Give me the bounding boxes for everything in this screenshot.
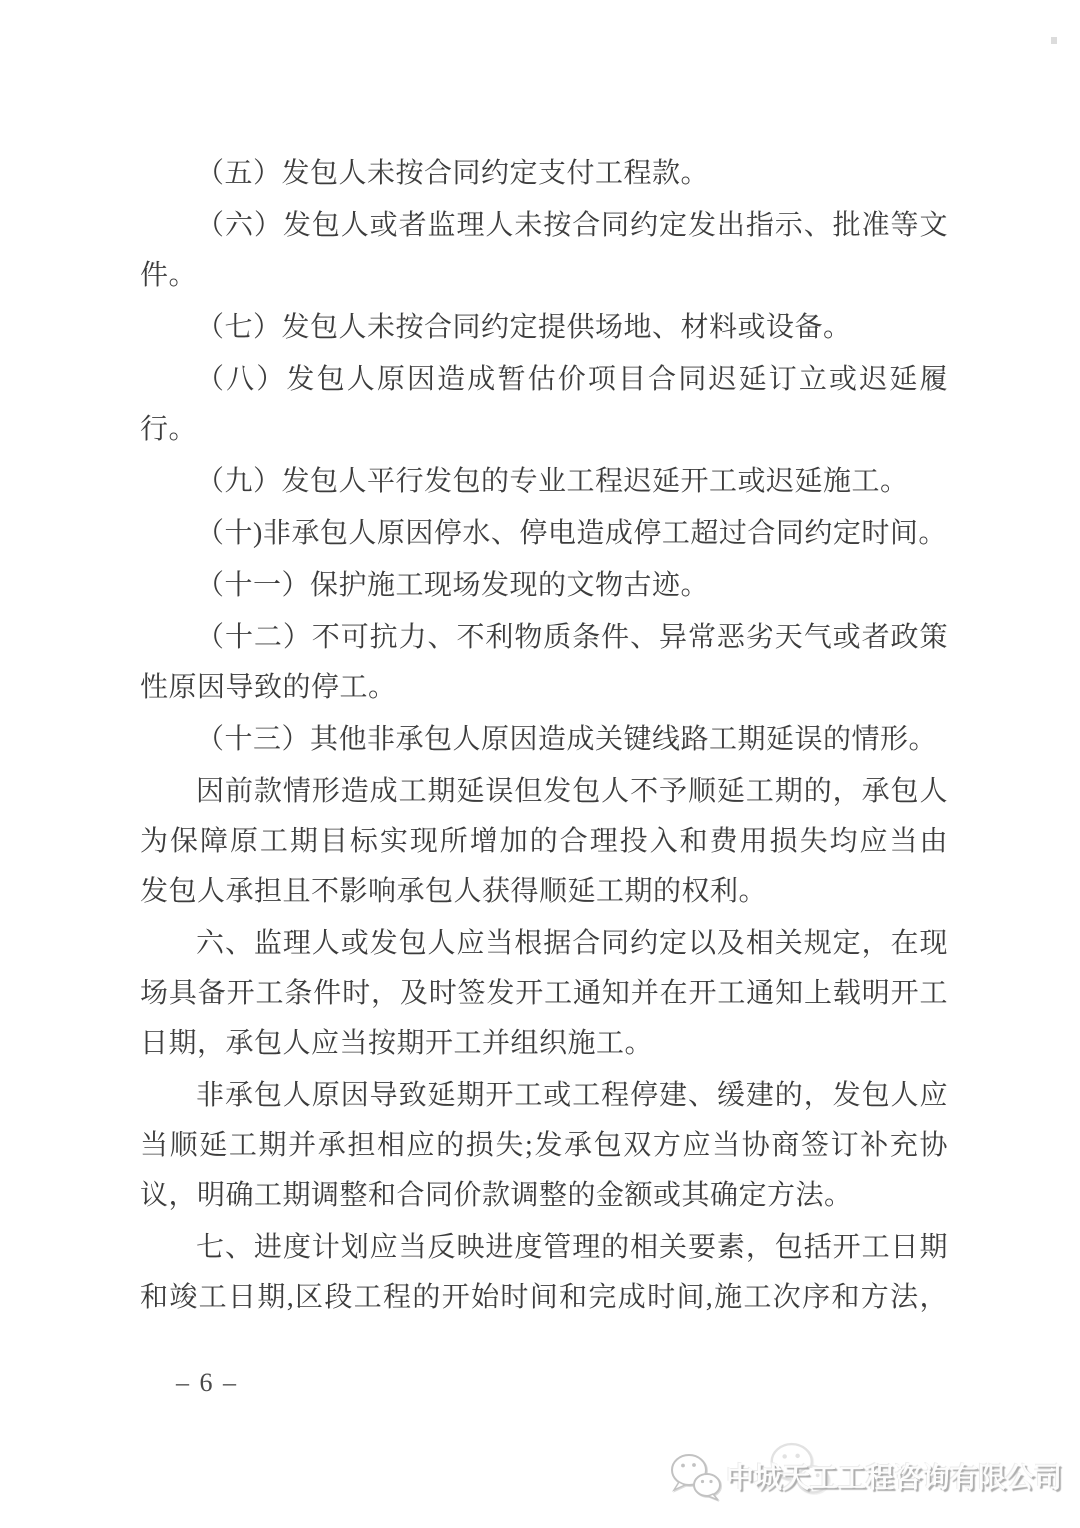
paragraph: 非承包人原因导致延期开工或工程停建、缓建的，发包人应当顺延工期并承担相应的损失;… <box>140 1071 948 1221</box>
text-line: （五）发包人未按合同约定支付工程款。 <box>140 149 948 199</box>
paragraph: （十)非承包人原因停水、停电造成停工超过合同约定时间。 <box>140 509 948 559</box>
paragraph: （五）发包人未按合同约定支付工程款。 <box>140 149 948 199</box>
text-line: （十一）保护施工现场发现的文物古迹。 <box>140 561 948 611</box>
text-line: 议，明确工期调整和合同价款调整的金额或其确定方法。 <box>140 1171 948 1221</box>
paragraph: （九）发包人平行发包的专业工程迟延开工或迟延施工。 <box>140 457 948 507</box>
company-watermark: 中城天工工程咨询有限公司 <box>658 1448 1062 1504</box>
text-line: 为保障原工期目标实现所增加的合理投入和费用损失均应当由 <box>140 817 948 867</box>
text-line: 日期，承包人应当按期开工并组织施工。 <box>140 1019 948 1069</box>
text-line: 六、监理人或发包人应当根据合同约定以及相关规定，在现 <box>140 919 948 969</box>
text-line: （七）发包人未按合同约定提供场地、材料或设备。 <box>140 303 948 353</box>
wechat-logo-icon <box>670 1453 722 1501</box>
paragraph: （十一）保护施工现场发现的文物古迹。 <box>140 561 948 611</box>
text-line: 和竣工日期,区段工程的开始时间和完成时间,施工次序和方法， <box>140 1273 948 1323</box>
text-line: （八）发包人原因造成暂估价项目合同迟延订立或迟延履 <box>140 355 948 405</box>
text-line: （九）发包人平行发包的专业工程迟延开工或迟延施工。 <box>140 457 948 507</box>
paragraph: （十三）其他非承包人原因造成关键线路工期延误的情形。 <box>140 715 948 765</box>
text-line: 性原因导致的停工。 <box>140 663 948 713</box>
text-line: 场具备开工条件时，及时签发开工通知并在开工通知上载明开工 <box>140 969 948 1019</box>
paragraph: 因前款情形造成工期延误但发包人不予顺延工期的，承包人为保障原工期目标实现所增加的… <box>140 767 948 917</box>
text-line: 发包人承担且不影响承包人获得顺延工期的权利。 <box>140 867 948 917</box>
text-line: 行。 <box>140 405 948 455</box>
paragraph: （六）发包人或者监理人未按合同约定发出指示、批准等文件。 <box>140 201 948 301</box>
text-line: 因前款情形造成工期延误但发包人不予顺延工期的，承包人 <box>140 767 948 817</box>
text-line: （十三）其他非承包人原因造成关键线路工期延误的情形。 <box>140 715 948 765</box>
document-page: （五）发包人未按合同约定支付工程款。（六）发包人或者监理人未按合同约定发出指示、… <box>0 0 1080 1528</box>
scan-artifact <box>1051 37 1057 44</box>
paragraph: （七）发包人未按合同约定提供场地、材料或设备。 <box>140 303 948 353</box>
text-line: （六）发包人或者监理人未按合同约定发出指示、批准等文 <box>140 201 948 251</box>
paragraph: 六、监理人或发包人应当根据合同约定以及相关规定，在现场具备开工条件时，及时签发开… <box>140 919 948 1069</box>
text-block: （五）发包人未按合同约定支付工程款。（六）发包人或者监理人未按合同约定发出指示、… <box>140 149 948 1323</box>
text-line: 件。 <box>140 251 948 301</box>
watermark-company-name: 中城天工工程咨询有限公司 <box>726 1456 1062 1496</box>
text-line: 七、进度计划应当反映进度管理的相关要素，包括开工日期 <box>140 1223 948 1273</box>
page-number: – 6 – <box>176 1368 238 1398</box>
paragraph: （八）发包人原因造成暂估价项目合同迟延订立或迟延履行。 <box>140 355 948 455</box>
paragraph: 七、进度计划应当反映进度管理的相关要素，包括开工日期和竣工日期,区段工程的开始时… <box>140 1223 948 1323</box>
text-line: （十二）不可抗力、不利物质条件、异常恶劣天气或者政策 <box>140 613 948 663</box>
text-line: 非承包人原因导致延期开工或工程停建、缓建的，发包人应 <box>140 1071 948 1121</box>
text-line: 当顺延工期并承担相应的损失;发承包双方应当协商签订补充协 <box>140 1121 948 1171</box>
paragraph: （十二）不可抗力、不利物质条件、异常恶劣天气或者政策性原因导致的停工。 <box>140 613 948 713</box>
text-line: （十)非承包人原因停水、停电造成停工超过合同约定时间。 <box>140 509 948 559</box>
